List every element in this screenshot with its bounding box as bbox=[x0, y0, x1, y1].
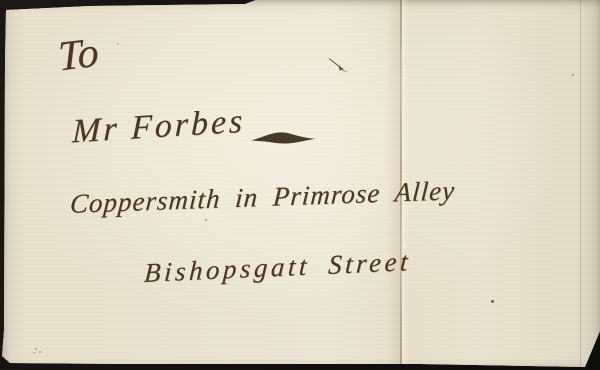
pencil-speck bbox=[33, 352, 35, 354]
ink-dash-flourish-icon bbox=[251, 130, 317, 148]
paper-speck bbox=[117, 43, 119, 45]
pencil-speck bbox=[35, 348, 37, 350]
paper-speck bbox=[491, 300, 494, 303]
small-ink-stroke-icon bbox=[328, 57, 348, 75]
address-line-2: Bishopsgatt Street bbox=[143, 248, 412, 287]
salutation-text: To bbox=[57, 32, 99, 79]
letter-paper: To Mr Forbes Coppersmith in Primrose All… bbox=[0, 0, 600, 370]
photographed-letter: To Mr Forbes Coppersmith in Primrose All… bbox=[0, 0, 600, 370]
paper-speck bbox=[572, 74, 574, 76]
pencil-speck bbox=[39, 351, 41, 353]
addressee-name: Mr Forbes bbox=[72, 105, 246, 150]
right-paper-edge bbox=[580, 0, 600, 370]
ink-speck bbox=[205, 219, 207, 221]
